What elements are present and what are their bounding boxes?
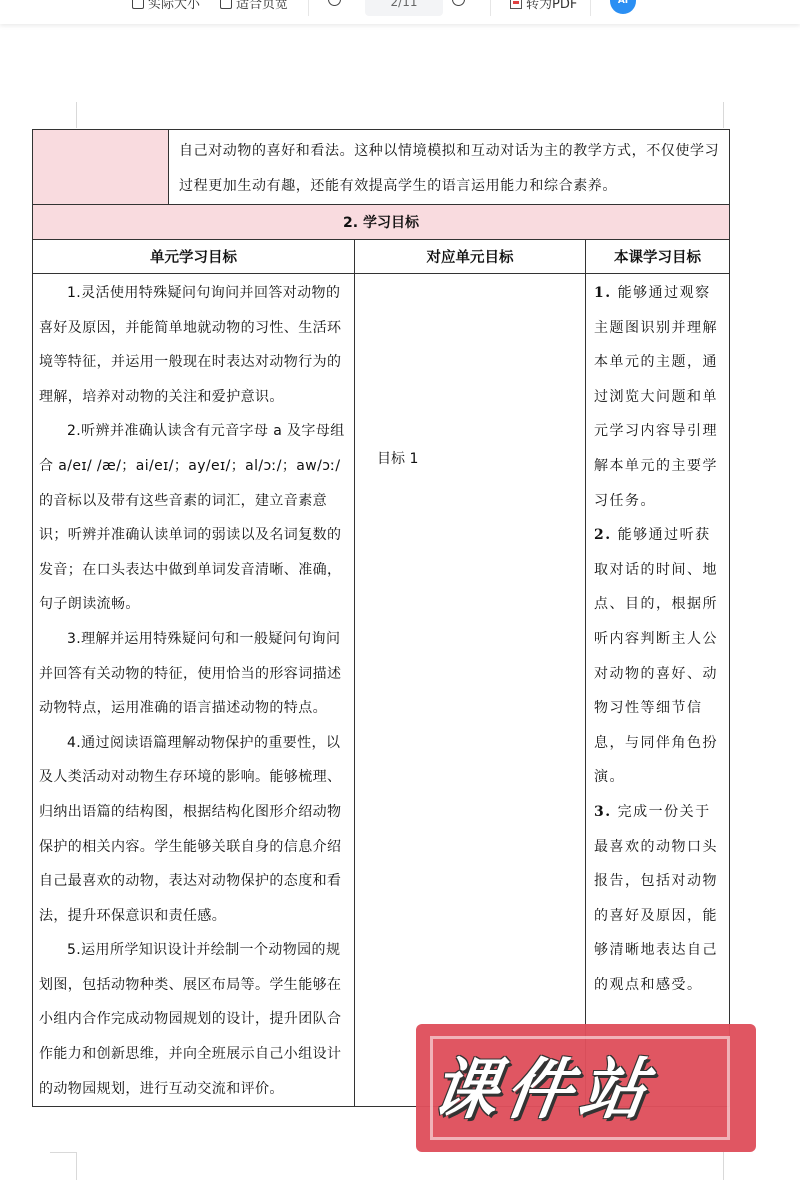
section-title: 2. 学习目标	[33, 205, 730, 240]
toolbar-divider	[490, 0, 491, 16]
column-header-row: 单元学习目标 对应单元目标 本课学习目标	[33, 240, 730, 274]
lesson-goals-cell: 1. 能够通过观察主题图识别并理解本单元的主题，通过浏览大问题和单元学习内容导引…	[586, 274, 730, 1107]
lesson-goal-text: 完成一份关于最喜欢的动物口头报告，包括对动物的喜好及原因，能够清晰地表达自己的观…	[594, 804, 718, 993]
unit-goal-item: 1.灵活使用特殊疑问句询问并回答对动物的喜好及原因，并能简单地就动物的习性、生活…	[39, 276, 348, 414]
continued-text: 自己对动物的喜好和看法。这种以情境模拟和互动对话为主的教学方式，不仅使学习过程更…	[179, 143, 719, 194]
lesson-goal-number: 3.	[594, 804, 612, 820]
viewer-toolbar: 实际大小 适合页宽 2/11 转为PDF AI	[0, 0, 800, 24]
header-corresponding-target: 对应单元目标	[355, 240, 586, 274]
chevron-down-icon	[452, 0, 465, 6]
page-corner-mark	[723, 1152, 724, 1180]
unit-goal-item: 5.运用所学知识设计并绘制一个动物园的规划图，包括动物种类、展区布局等。学生能够…	[39, 933, 348, 1106]
lesson-goal-text: 能够通过观察主题图识别并理解本单元的主题，通过浏览大问题和单元学习内容导引理解本…	[594, 285, 718, 509]
page-indicator-input[interactable]: 2/11	[365, 0, 443, 16]
lesson-goal-item: 1. 能够通过观察主题图识别并理解本单元的主题，通过浏览大问题和单元学习内容导引…	[594, 276, 723, 518]
page-corner-mark	[76, 1152, 77, 1180]
pdf-icon	[510, 0, 522, 9]
toolbar-divider	[590, 0, 591, 16]
continued-row: 自己对动物的喜好和看法。这种以情境模拟和互动对话为主的教学方式，不仅使学习过程更…	[33, 130, 730, 205]
toolbar-divider	[308, 0, 309, 16]
goals-row: 1.灵活使用特殊疑问句询问并回答对动物的喜好及原因，并能简单地就动物的习性、生活…	[33, 274, 730, 1107]
actual-size-icon	[132, 0, 144, 9]
page-indicator: 2/11	[391, 0, 418, 9]
section-header-row: 2. 学习目标	[33, 205, 730, 240]
corresponding-target: 目标 1	[377, 451, 418, 467]
actual-size-button[interactable]: 实际大小	[132, 0, 200, 12]
page-corner-mark	[723, 102, 724, 128]
pink-label-cell	[33, 130, 169, 205]
page-corner-mark	[50, 1152, 76, 1153]
actual-size-label: 实际大小	[148, 0, 200, 12]
unit-goal-item: 4.通过阅读语篇理解动物保护的重要性，以及人类活动对动物生存环境的影响。能够梳理…	[39, 726, 348, 934]
header-lesson-goals: 本课学习目标	[586, 240, 730, 274]
chevron-up-icon	[328, 0, 341, 6]
lesson-goal-number: 2.	[594, 527, 612, 543]
unit-goals-cell: 1.灵活使用特殊疑问句询问并回答对动物的喜好及原因，并能简单地就动物的习性、生活…	[33, 274, 355, 1107]
next-page-button[interactable]	[452, 0, 465, 6]
page-corner-mark	[76, 102, 77, 128]
lesson-goal-number: 1.	[594, 285, 612, 301]
prev-page-button[interactable]	[328, 0, 341, 6]
header-unit-goals: 单元学习目标	[33, 240, 355, 274]
lesson-goal-item: 3. 完成一份关于最喜欢的动物口头报告，包括对动物的喜好及原因，能够清晰地表达自…	[594, 795, 723, 1003]
convert-pdf-label: 转为PDF	[526, 0, 577, 12]
fit-page-icon	[220, 0, 232, 9]
fit-page-button[interactable]: 适合页宽	[220, 0, 288, 12]
unit-goal-item: 2.听辨并准确认读含有元音字母 a 及字母组合 a/eɪ/ /æ/；ai/eɪ/…	[39, 414, 348, 622]
convert-pdf-button[interactable]: 转为PDF	[510, 0, 577, 12]
unit-goal-item: 3.理解并运用特殊疑问句和一般疑问句询问并回答有关动物的特征，使用恰当的形容词描…	[39, 622, 348, 726]
ai-icon: AI	[618, 0, 628, 6]
continued-text-cell: 自己对动物的喜好和看法。这种以情境模拟和互动对话为主的教学方式，不仅使学习过程更…	[169, 130, 730, 205]
lesson-goal-text: 能够通过听获取对话的时间、地点、目的，根据所听内容判断主人公对动物的喜好、动物习…	[594, 527, 718, 785]
fit-page-label: 适合页宽	[236, 0, 288, 12]
lesson-goal-item: 2. 能够通过听获取对话的时间、地点、目的，根据所听内容判断主人公对动物的喜好、…	[594, 518, 723, 795]
learning-objectives-table: 自己对动物的喜好和看法。这种以情境模拟和互动对话为主的教学方式，不仅使学习过程更…	[32, 129, 730, 1107]
ai-assistant-button[interactable]: AI	[610, 0, 636, 14]
corresponding-target-cell: 目标 1	[355, 274, 586, 1107]
